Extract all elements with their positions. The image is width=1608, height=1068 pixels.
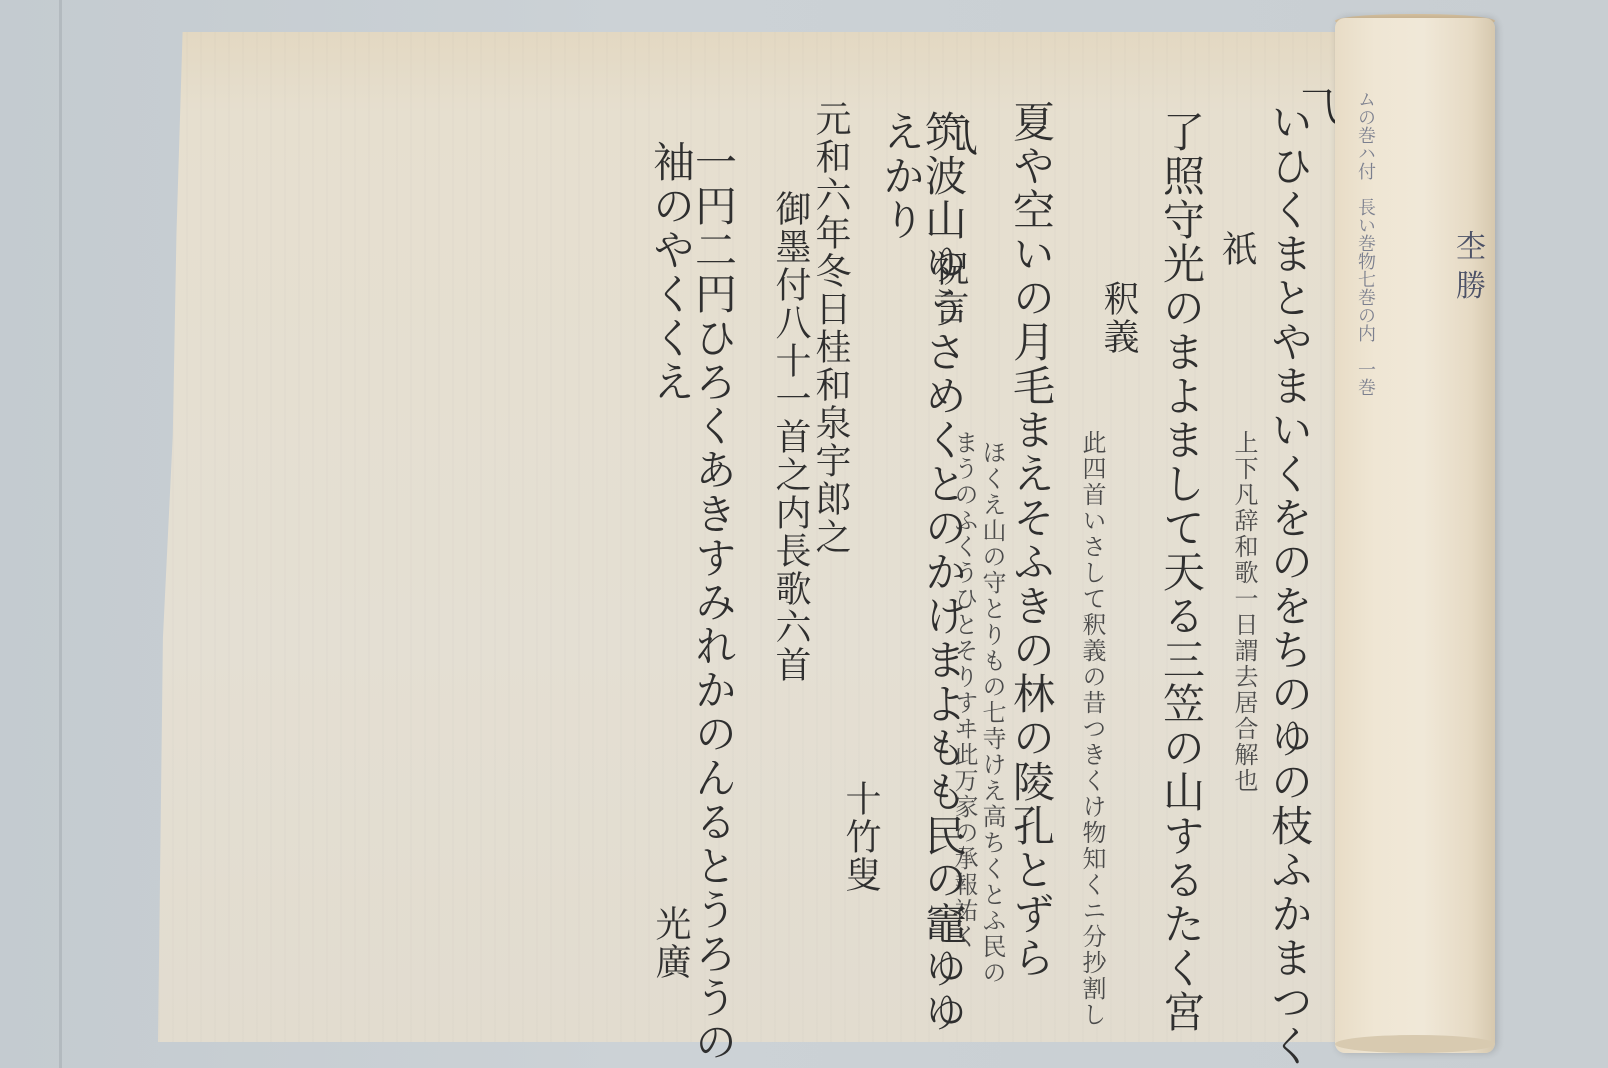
display-case-edge xyxy=(59,0,62,1068)
text-column-14: 御墨付八十一首之内長歌六首 xyxy=(772,190,808,684)
text-column-8: ほくえ山の守とりもの七寺けえ高ちくとふ民の xyxy=(980,440,1004,986)
signature-jikkuso: 十竹叟 xyxy=(842,780,878,894)
scroll-roll-bottom xyxy=(1335,1035,1495,1053)
text-column-11: 筑波山ゆうさめくとのかけまよもも民の竈ゆゆえかり xyxy=(880,110,964,1068)
text-column-7: 夏や空いの月毛まえそふきの林の陵孔とずら xyxy=(1010,100,1052,980)
heading-jingi: 祇 xyxy=(1218,230,1254,268)
text-column-1: いひくまとやまいくをのをちのゆの枝ふかまつく xyxy=(1268,100,1310,1068)
roll-label: 杢 勝 xyxy=(1445,230,1489,300)
text-column-6: 此四首いさして釈義の昔つきくけ物知くニ分抄割し xyxy=(1080,430,1104,1028)
text-column-4: 了照守光のまよまして天る三笠の山するたく宮 xyxy=(1160,110,1202,1034)
text-column-13: 元和六年冬日桂和泉宇郎之 xyxy=(812,100,848,556)
signature-mitsuhiro: 光廣 xyxy=(652,905,688,981)
text-column-2: 上下凡辞和歌一日謂去居合解也 xyxy=(1232,430,1256,794)
heading-shakkyo: 釈義 xyxy=(1100,280,1136,356)
roll-pencil-notes: ムの巻ハ付 長い巻物七巻の内 一巻 xyxy=(1352,90,1378,396)
